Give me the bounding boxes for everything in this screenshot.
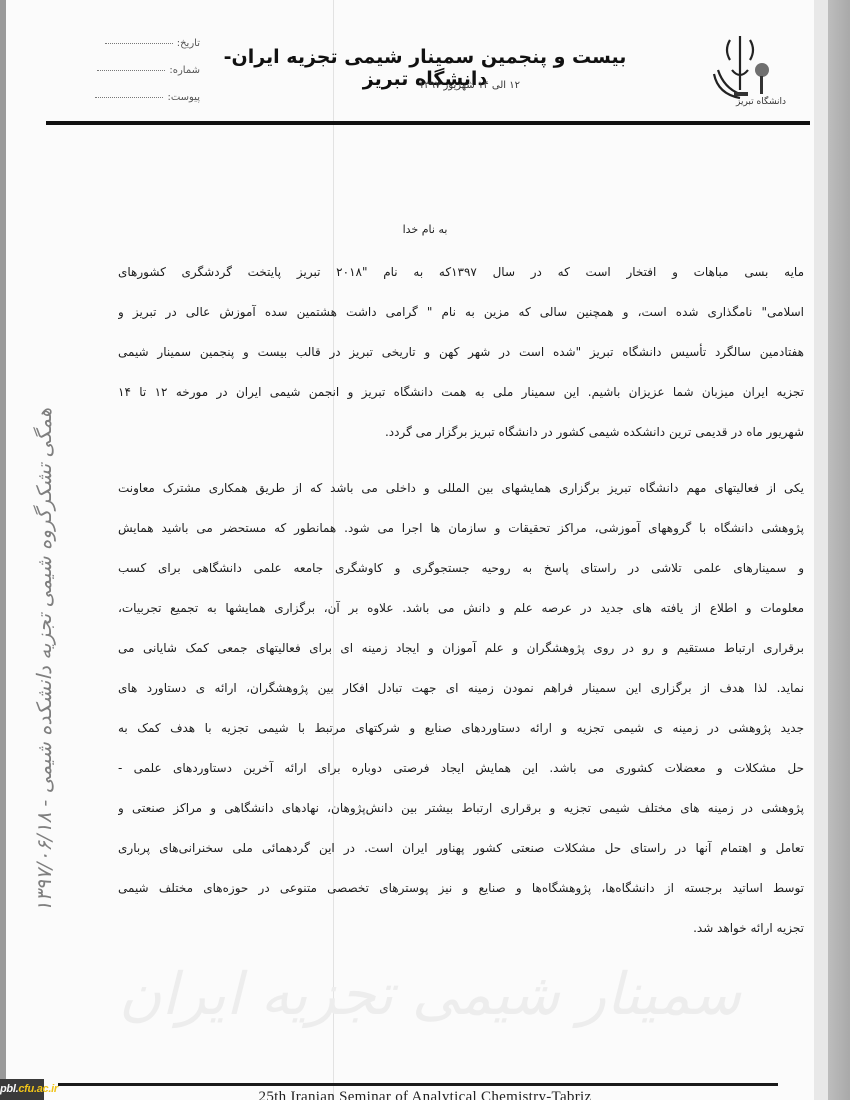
paragraph-2-line: جدید پژوهشی در زمینه ی شیمی تجزیه و ارائ… xyxy=(118,708,804,748)
logo-caption: دانشگاه تبریز xyxy=(736,97,786,107)
paragraph-1-line: شهریور ماه در قدیمی ترین دانشکده شیمی کش… xyxy=(118,412,804,452)
footer-english-title: 25th Iranian Seminar of Analytical Chemi… xyxy=(0,1089,850,1100)
meta-attachment: پیوست: xyxy=(60,90,200,117)
meta-number-blank xyxy=(97,70,165,71)
handwritten-margin-note: همگی تشکرگروه شیمی تجزیه دانشکده شیمی - … xyxy=(22,300,62,1020)
footer-divider xyxy=(58,1083,778,1086)
badge-prefix: pbl. xyxy=(0,1083,18,1095)
paragraph-1: مایه بسی مباهات و افتخار است که در سال ۱… xyxy=(118,252,804,452)
scan-edge-right xyxy=(814,0,850,1100)
handwritten-note-text: همگی تشکرگروه شیمی تجزیه دانشکده شیمی - … xyxy=(32,300,72,1020)
meta-date-blank xyxy=(105,43,173,44)
badge-domain: cfu.ac.ir xyxy=(18,1083,58,1095)
paragraph-1-line: هفتادمین سالگرد تأسیس دانشگاه تبریز "شده… xyxy=(118,332,804,372)
letter-meta-fields: تاریخ: شماره: پیوست: xyxy=(60,36,200,117)
source-watermark-badge: pbl.cfu.ac.ir xyxy=(0,1079,44,1100)
paragraph-2-line: توسط اساتید برجسته از دانشگاه‌ها، پژوهشگ… xyxy=(118,868,804,908)
paragraph-1-line: تجزیه ایران میزبان شما عزیزان باشیم. این… xyxy=(118,372,804,412)
paragraph-2-line: و سمینارهای علمی تلاشی در راستای پاسخ به… xyxy=(118,548,804,588)
paragraph-2: یکی از فعالیتهای مهم دانشگاه تبریز برگزا… xyxy=(118,468,804,948)
meta-date: تاریخ: xyxy=(60,36,200,63)
letterhead-date-range: ۱۲ الی ۱۴ شهریور ۱۳۹۷ xyxy=(419,80,520,91)
paragraph-1-line: اسلامی" نامگذاری شده است، و همچنین سالی … xyxy=(118,292,804,332)
paragraph-2-line: تعامل و اهتمام آنها در راستای حل مشکلات … xyxy=(118,828,804,868)
paragraph-1-line: مایه بسی مباهات و افتخار است که در سال ۱… xyxy=(118,252,804,292)
header-divider xyxy=(46,121,810,125)
paragraph-2-line: یکی از فعالیتهای مهم دانشگاه تبریز برگزا… xyxy=(118,468,804,508)
paragraph-2-line: حل مشکلات و معضلات کشوری می باشد. این هم… xyxy=(118,748,804,788)
meta-attachment-blank xyxy=(95,97,163,98)
opening-invocation: به نام خدا xyxy=(0,223,850,236)
meta-attachment-label: پیوست: xyxy=(167,92,200,103)
paragraph-2-line: برقراری ارتباط مستقیم و رو در روی پژوهشگ… xyxy=(118,628,804,668)
paragraph-2-line: تجزیه ارائه خواهد شد. xyxy=(118,908,804,948)
paragraph-2-line: پژوهشی دانشگاه با گروههای آموزشی، مراکز … xyxy=(118,508,804,548)
paragraph-2-line: معلومات و اطلاع از یافته های جدید در عرص… xyxy=(118,588,804,628)
meta-number: شماره: xyxy=(60,63,200,90)
paragraph-2-line: نماید. لذا هدف از برگزاری این سمینار فرا… xyxy=(118,668,804,708)
paragraph-2-line: پژوهشی در زمینه های مختلف شیمی تجزیه و ب… xyxy=(118,788,804,828)
faded-watermark: سمینار شیمی تجزیه ایران xyxy=(110,960,750,1040)
